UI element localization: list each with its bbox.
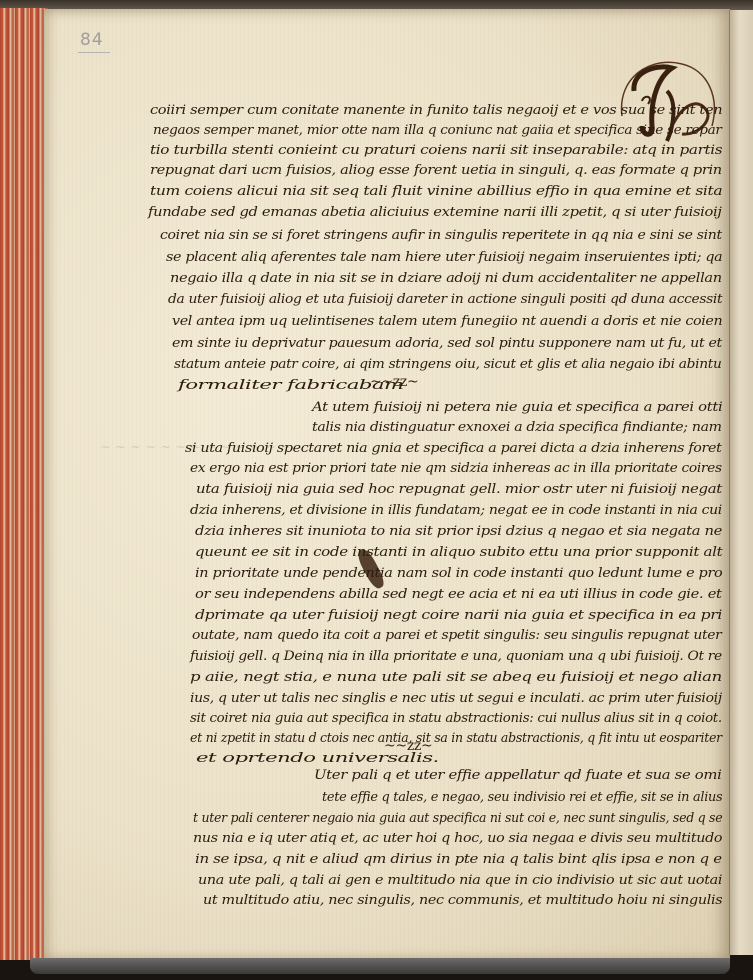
text-line: tum coiens alicui nia sit seq tali fluit… bbox=[150, 184, 722, 199]
text-line: uta fuisioij nia guia sed hoc repugnat g… bbox=[196, 482, 722, 497]
text-line: fundabe sed gd emanas abetia aliciuius e… bbox=[148, 205, 722, 220]
paragraph-end-flourish: ~~zz~ bbox=[384, 738, 432, 754]
stacked-page-edges bbox=[0, 8, 48, 960]
text-line: si uta fuisioij spectaret nia gnia et sp… bbox=[185, 441, 721, 456]
text-line: sit coiret nia guia aut specifica in sta… bbox=[190, 711, 722, 726]
facing-page-edge bbox=[729, 10, 753, 955]
text-line: se placent aliq aferentes tale nam hiere… bbox=[166, 250, 722, 265]
text-line: coiiri semper cum conitate manente in fu… bbox=[150, 103, 722, 118]
text-line: repugnat dari ucm fuisios, aliog esse fo… bbox=[150, 163, 722, 178]
text-line: talis nia distinguatur exnoxei a dzia sp… bbox=[312, 420, 722, 435]
text-line: in se ipsa, q nit e aliud qm dirius in p… bbox=[195, 852, 722, 867]
text-line: vel antea ipm uq uelintisenes talem utem… bbox=[172, 314, 722, 329]
folio-number: 84 bbox=[78, 30, 110, 53]
text-line: tio turbilla stenti conieint cu praturi … bbox=[150, 143, 722, 158]
text-line: dzia inherens, et divisione in illis fun… bbox=[190, 503, 722, 518]
text-line: fuisioij gell. q Deinq nia in illa prior… bbox=[190, 649, 722, 664]
text-line: negaio illa q date in nia sit se in dzia… bbox=[170, 271, 722, 286]
text-line: ius, q uter ut talis nec singlis e nec u… bbox=[190, 691, 722, 706]
scan-bottom-shadow bbox=[30, 958, 730, 974]
text-line: negaos semper manet, mior otte nam illa … bbox=[153, 123, 722, 138]
text-line: dprimate qa uter fuisioij negt coire nar… bbox=[195, 608, 722, 623]
text-line: t uter pali centerer negaio nia guia aut… bbox=[193, 811, 722, 826]
text-line: et ni zpetit in statu d ctois nec antia,… bbox=[190, 731, 722, 746]
text-line: queunt ee sit in code instanti in aliquo… bbox=[195, 545, 722, 560]
text-line: ut multitudo atiu, nec singulis, nec com… bbox=[203, 893, 722, 908]
text-line: in prioritate unde pendentia nam sol in … bbox=[195, 566, 722, 581]
text-line: statum anteie patr coire, ai qim stringe… bbox=[174, 357, 722, 372]
text-line: or seu independens abilla sed negt ee ac… bbox=[195, 587, 722, 602]
text-line: p aiie, negt stia, e nuna ute pali sit s… bbox=[190, 670, 722, 685]
text-line: dzia inheres sit inuniota to nia sit pri… bbox=[195, 524, 722, 539]
text-line: tete effie q tales, e negao, seu indivis… bbox=[322, 790, 722, 805]
text-line: ex ergo nia est prior priori tate nie qm… bbox=[190, 461, 722, 476]
text-line: da uter fuisioij aliog et uta fuisioij d… bbox=[168, 292, 722, 307]
text-line: em sinte iu deprivatur pauesum adoria, s… bbox=[172, 336, 722, 351]
paragraph-end-flourish: ~~zz~ bbox=[370, 374, 418, 390]
text-line: una ute pali, q tali ai gen e multitudo … bbox=[198, 873, 722, 888]
text-line: Uter pali q et uter effie appellatur qd … bbox=[314, 768, 721, 783]
text-line: At utem fuisioij ni petera nie guia et s… bbox=[312, 400, 722, 415]
text-line: nus nia e iq uter atiq et, ac uter hoi q… bbox=[193, 831, 722, 846]
text-line: coiret nia sin se si foret stringens auf… bbox=[160, 228, 722, 243]
text-line: outate, nam quedo ita coit a parei et sp… bbox=[192, 628, 721, 643]
